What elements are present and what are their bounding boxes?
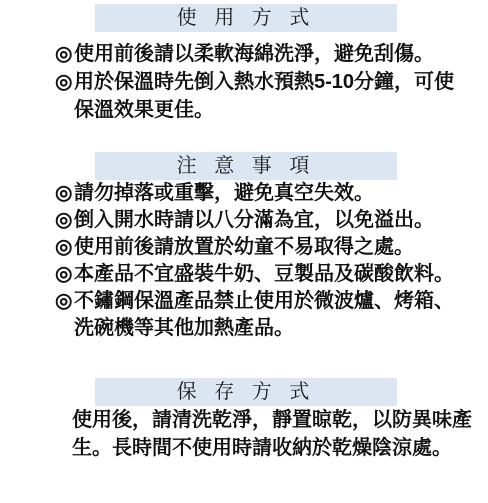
section-header-usage: 使 用 方 式: [95, 4, 397, 32]
list-item: ◎使用前後請以柔軟海綿洗淨，避免刮傷。: [55, 40, 470, 68]
care-instructions-panel: 使 用 方 式 ◎使用前後請以柔軟海綿洗淨，避免刮傷。 ◎用於保溫時先倒入熱水預…: [0, 0, 488, 503]
item-text: 倒入開水時請以八分滿為宜，以免溢出。: [74, 209, 434, 231]
paragraph: 使用後，請清洗乾淨，靜置晾乾，以防異味產 生。長時間不使用時請收納於乾燥陰涼處。: [72, 406, 467, 462]
item-text-continued: 洗碗機等其他加熱產品。: [55, 315, 470, 342]
list-item: ◎用於保溫時先倒入熱水預熱5-10分鐘，可使 保溫效果更佳。: [55, 68, 470, 124]
section-body-storage: 使用後，請清洗乾淨，靜置晾乾，以防異味產 生。長時間不使用時請收納於乾燥陰涼處。: [72, 406, 467, 462]
section-header-cautions: 注 意 事 項: [95, 152, 397, 180]
section-title-usage: 使 用 方 式: [177, 7, 316, 29]
item-text: 使用前後請以柔軟海綿洗淨，避免刮傷。: [74, 43, 434, 65]
list-item: ◎倒入開水時請以八分滿為宜，以免溢出。: [55, 207, 470, 234]
list-item: ◎不鏽鋼保溫產品禁止使用於微波爐、烤箱、 洗碗機等其他加熱產品。: [55, 288, 470, 342]
double-circle-bullet-icon: ◎: [55, 288, 74, 315]
section-title-storage: 保 存 方 式: [177, 381, 316, 403]
double-circle-bullet-icon: ◎: [55, 40, 74, 68]
section-body-cautions: ◎請勿掉落或重擊，避免真空失效。 ◎倒入開水時請以八分滿為宜，以免溢出。 ◎使用…: [55, 180, 470, 342]
list-item: ◎本產品不宜盛裝牛奶、豆製品及碳酸飲料。: [55, 261, 470, 288]
double-circle-bullet-icon: ◎: [55, 68, 74, 96]
item-text: 請勿掉落或重擊，避免真空失效。: [74, 182, 374, 204]
section-body-usage: ◎使用前後請以柔軟海綿洗淨，避免刮傷。 ◎用於保溫時先倒入熱水預熱5-10分鐘，…: [55, 40, 470, 124]
double-circle-bullet-icon: ◎: [55, 234, 74, 261]
paragraph-line: 使用後，請清洗乾淨，靜置晾乾，以防異味產: [72, 406, 467, 434]
section-header-storage: 保 存 方 式: [95, 378, 397, 406]
section-title-cautions: 注 意 事 項: [177, 155, 316, 177]
item-text: 本產品不宜盛裝牛奶、豆製品及碳酸飲料。: [74, 263, 454, 285]
double-circle-bullet-icon: ◎: [55, 261, 74, 288]
item-text-continued: 保溫效果更佳。: [55, 96, 470, 124]
list-item: ◎請勿掉落或重擊，避免真空失效。: [55, 180, 470, 207]
list-item: ◎使用前後請放置於幼童不易取得之處。: [55, 234, 470, 261]
item-text: 用於保溫時先倒入熱水預熱5-10分鐘，可使: [74, 71, 454, 93]
double-circle-bullet-icon: ◎: [55, 180, 74, 207]
item-text: 不鏽鋼保溫產品禁止使用於微波爐、烤箱、: [74, 290, 454, 312]
double-circle-bullet-icon: ◎: [55, 207, 74, 234]
item-text: 使用前後請放置於幼童不易取得之處。: [74, 236, 414, 258]
paragraph-line: 生。長時間不使用時請收納於乾燥陰涼處。: [72, 434, 467, 462]
